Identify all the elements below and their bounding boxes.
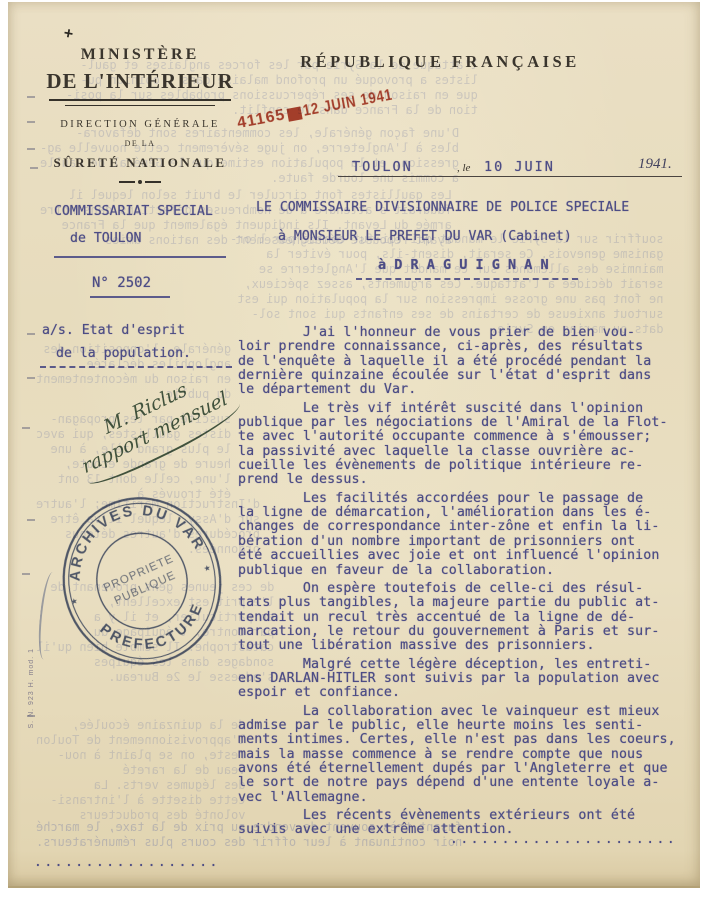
- dashed-underline: [356, 278, 578, 280]
- recipient-line1: LE COMMISSAIRE DIVISIONNAIRE DE POLICE S…: [256, 200, 629, 215]
- margin-mark: [27, 333, 35, 335]
- subject-line2: de la population.: [56, 346, 191, 361]
- stamp-arc-bottom-text: PREFECTURE: [94, 597, 214, 665]
- body-paragraph: Malgré cette légère déception, les entre…: [238, 658, 682, 701]
- margin-mark: [22, 427, 30, 429]
- document-scan: l'attaque de la Syrie par les forces ang…: [0, 0, 703, 900]
- underline: [90, 296, 170, 298]
- double-rule: [49, 99, 231, 101]
- ministry-title-line1: MINISTÈRE: [38, 46, 242, 64]
- dateline-le: , le: [457, 162, 470, 174]
- recipient-line2: à MONSIEUR LE PREFET DU VAR (Cabinet): [278, 229, 572, 244]
- margin-mark: [27, 715, 35, 717]
- dotted-line-right: ......................: [450, 832, 677, 847]
- stamp-block-icon: [286, 106, 302, 121]
- dotted-line-left: ..................: [34, 855, 220, 870]
- margin-mark: [27, 519, 35, 521]
- double-rule: [65, 105, 215, 106]
- body-paragraph: Le très vif intérêt suscité dans l'opini…: [238, 402, 682, 488]
- margin-mark: [22, 573, 30, 575]
- office-line2: de TOULON: [70, 231, 141, 246]
- svg-text:PREFECTURE: PREFECTURE: [94, 597, 214, 665]
- reference-number: N° 2502: [92, 275, 151, 291]
- margin-mark: [27, 148, 35, 150]
- ministry-title-line2: DE L'INTÉRIEUR: [38, 69, 242, 94]
- underline: [54, 256, 226, 258]
- margin-mark: [27, 377, 35, 379]
- recipient-city: à D R A G U I G N A N: [378, 257, 549, 273]
- republique-francaise-title: RÉPUBLIQUE FRANÇAISE: [296, 52, 584, 72]
- letterhead: MINISTÈRE DE L'INTÉRIEUR DIRECTION GÉNÉR…: [38, 46, 242, 184]
- de-la-label: DE LA: [38, 139, 242, 148]
- body-paragraph: J'ai l'honneur de vous prier de bien vou…: [238, 326, 682, 398]
- office-line1: COMMISSARIAT SPECIAL: [54, 204, 213, 219]
- body-paragraph: On espère toutefois de celle-ci des résu…: [238, 582, 682, 654]
- dateline-day: 10 JUIN: [484, 159, 555, 175]
- subject-line1: a/s. Etat d'esprit: [42, 323, 185, 338]
- margin-mark: [30, 167, 38, 169]
- body-paragraph: La collaboration avec le vainqueur est m…: [238, 705, 682, 805]
- dateline-city: TOULON: [352, 159, 413, 175]
- ornament-divider: [38, 180, 242, 184]
- dateline-year: 1941.: [638, 156, 672, 173]
- star-icon: ★: [69, 593, 79, 607]
- surete-nationale-label: SÛRETÉ NATIONALE: [38, 155, 242, 171]
- star-icon: ★: [202, 560, 212, 574]
- direction-generale-label: DIRECTION GÉNÉRALE: [38, 119, 242, 130]
- margin-mark: [27, 121, 35, 123]
- body-paragraph: Les facilités accordées pour le passage …: [238, 492, 682, 578]
- margin-mark: [27, 96, 35, 98]
- letter-body: J'ai l'honneur de vous prier de bien vou…: [238, 326, 682, 842]
- dateline-rule: [338, 176, 682, 177]
